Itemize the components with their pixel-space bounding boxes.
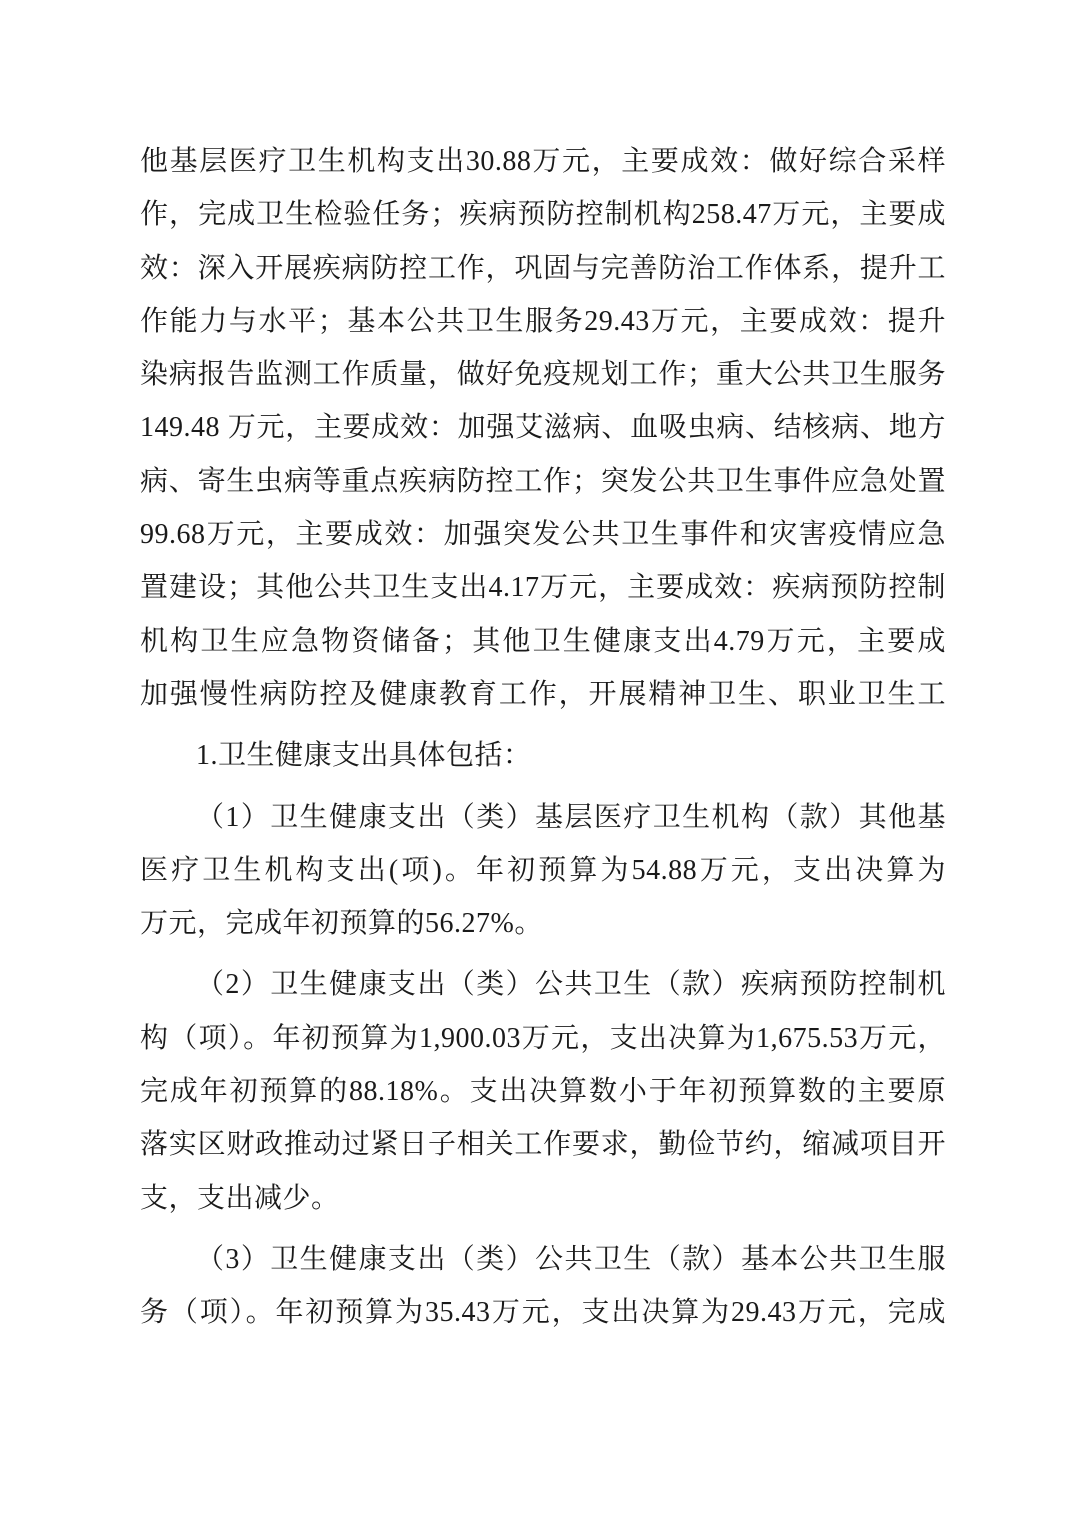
text-line: 效：深入开展疾病防控工作，巩固与完善防治工作体系，提升工 [140, 242, 946, 295]
text-line: 机构卫生应急物资储备；其他卫生健康支出4.79万元，主要成效： [140, 615, 946, 668]
text-line: 作，完成卫生检验任务；疾病预防控制机构258.47万元，主要成 [140, 188, 946, 241]
text-line: 完成年初预算的88.18%。支出决算数小于年初预算数的主要原因： [140, 1065, 946, 1118]
text-line: （1）卫生健康支出（类）基层医疗卫生机构（款）其他基层 [140, 791, 946, 844]
text-line: 落实区财政推动过紧日子相关工作要求，勤俭节约，缩减项目开 [140, 1118, 946, 1171]
paragraph: （1）卫生健康支出（类）基层医疗卫生机构（款）其他基层 医疗卫生机构支出(项)。… [140, 791, 946, 951]
paragraph: 1.卫生健康支出具体包括： [140, 729, 946, 782]
paragraph: 他基层医疗卫生机构支出30.88万元，主要成效：做好综合采样工 作，完成卫生检验… [140, 135, 946, 721]
text-line: 染病报告监测工作质量，做好免疫规划工作；重大公共卫生服务 [140, 348, 946, 401]
text-line: （2）卫生健康支出（类）公共卫生（款）疾病预防控制机 [140, 958, 946, 1011]
document-text-block: 他基层医疗卫生机构支出30.88万元，主要成效：做好综合采样工 作，完成卫生检验… [140, 135, 946, 1340]
text-line: 99.68万元，主要成效：加强突发公共卫生事件和灾害疫情应急处 [140, 508, 946, 561]
text-line: 支，支出减少。 [140, 1172, 946, 1225]
paragraph: （3）卫生健康支出（类）公共卫生（款）基本公共卫生服 务（项）。年初预算为35.… [140, 1233, 946, 1340]
text-line: 加强慢性病防控及健康教育工作，开展精神卫生、职业卫生工作。 [140, 668, 946, 721]
text-line: 作能力与水平；基本公共卫生服务29.43万元，主要成效：提升传 [140, 295, 946, 348]
text-line: 1.卫生健康支出具体包括： [140, 729, 946, 782]
text-line: 置建设；其他公共卫生支出4.17万元，主要成效：疾病预防控制 [140, 561, 946, 614]
text-line: 他基层医疗卫生机构支出30.88万元，主要成效：做好综合采样工 [140, 135, 946, 188]
document-page: 他基层医疗卫生机构支出30.88万元，主要成效：做好综合采样工 作，完成卫生检验… [0, 0, 1074, 1520]
text-line: 医疗卫生机构支出(项)。年初预算为54.88万元，支出决算为30.88 [140, 844, 946, 897]
text-line: 149.48 万元，主要成效：加强艾滋病、血吸虫病、结核病、地方 [140, 401, 946, 454]
text-line: 务（项）。年初预算为35.43万元，支出决算为29.43万元，完成 [140, 1286, 946, 1339]
paragraph: （2）卫生健康支出（类）公共卫生（款）疾病预防控制机 构（项）。年初预算为1,9… [140, 958, 946, 1224]
text-line: 病、寄生虫病等重点疾病防控工作；突发公共卫生事件应急处置 [140, 455, 946, 508]
text-line: （3）卫生健康支出（类）公共卫生（款）基本公共卫生服 [140, 1233, 946, 1286]
text-line: 万元，完成年初预算的56.27%。 [140, 897, 946, 950]
text-line: 构（项）。年初预算为1,900.03万元，支出决算为1,675.53万元， [140, 1012, 946, 1065]
